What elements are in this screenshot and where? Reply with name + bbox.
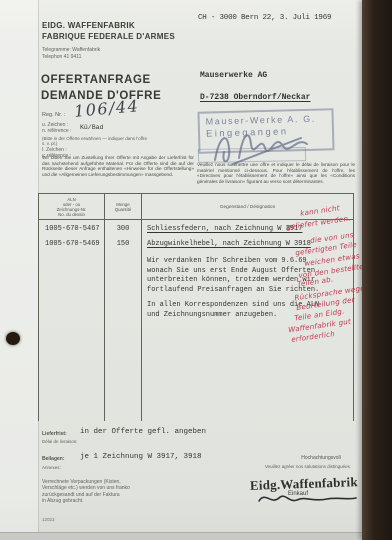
table-row-aln: 1005-670-5467 [45,225,100,233]
table-row-item: Schliessfedern, nach Zeichnung W 3917 [147,225,302,233]
closing-de: Hochachtungsvoll [283,455,359,461]
form-title-de: OFFERTANFRAGE [41,74,151,86]
punch-hole [6,332,20,345]
delivery-label: Lieferfrist: [42,431,67,437]
scan-dark-edge [362,0,392,540]
signature-handwriting [255,489,360,507]
table-row-qty: 300 [105,225,141,233]
company-name-fr: FABRIQUE FEDERALE D'ARMES [42,32,175,41]
reg-number-label: Reg. Nr. : [42,112,65,118]
form-number: 12023 [42,517,55,522]
company-name-de: EIDG. WAFFENFABRIK [42,21,135,30]
enclosures-value: je 1 Zeichnung W 3917, 3918 [80,453,202,461]
table-row-qty: 150 [105,240,141,248]
our-ref-label-fr: n. référence : [42,128,71,134]
phone-line: Telephon 41 9411 [42,54,81,60]
enclosures-label: Beilagen: [42,456,65,462]
header-line: No. du dessin [39,212,104,217]
place-date-line: CH - 3000 Bern 22, 3. Juli 1969 [198,14,331,22]
ref-note: (Bitte in der Offerte erwähnen — indique… [42,136,148,147]
column-header-quantity: Menge Quantité [105,202,141,212]
scan-bottom-edge [0,532,362,540]
scanned-letter: CH - 3000 Bern 22, 3. Juli 1969 EIDG. WA… [0,0,392,540]
table-row-aln: 1005-670-5469 [45,240,100,248]
paper-left-margin [0,0,39,540]
delivery-label-fr: Délai de livraison: [42,439,78,444]
table-divider [141,194,142,421]
recipient-name: Mauserwerke AG [200,71,267,80]
body-paragraph-1: Wir verdanken Ihr Schreiben vom 9.6.69 w… [147,257,319,295]
table-row-item: Abzugwinkelhebel, nach Zeichnung W 3918 [147,240,311,248]
enclosures-label-fr: Annexes: [42,465,61,470]
delivery-value: in der Offerte gefl. angeben [80,428,206,436]
intro-paragraph-de: Wir bitten Sie um Zustellung Ihrer Offer… [42,155,194,177]
closing-fr: Veuillez agréer nos salutations distingu… [254,464,362,469]
packaging-note: Verrechnete Verpackungen (Kisten, Versch… [42,479,130,505]
header-line: Quantité [105,207,141,212]
column-header-aln: ALN oder - ou Zeichnungs-Nr. No. du dess… [39,197,104,217]
intro-paragraph-fr: Veuillez nous soumettre une offre et ind… [197,162,355,184]
telegram-line: Telegramme: Waffenfabrik [42,47,100,53]
recipient-address: D-7238 Oberndorf/Neckar [200,93,310,102]
our-ref-value: Kü/Bad [80,124,103,131]
